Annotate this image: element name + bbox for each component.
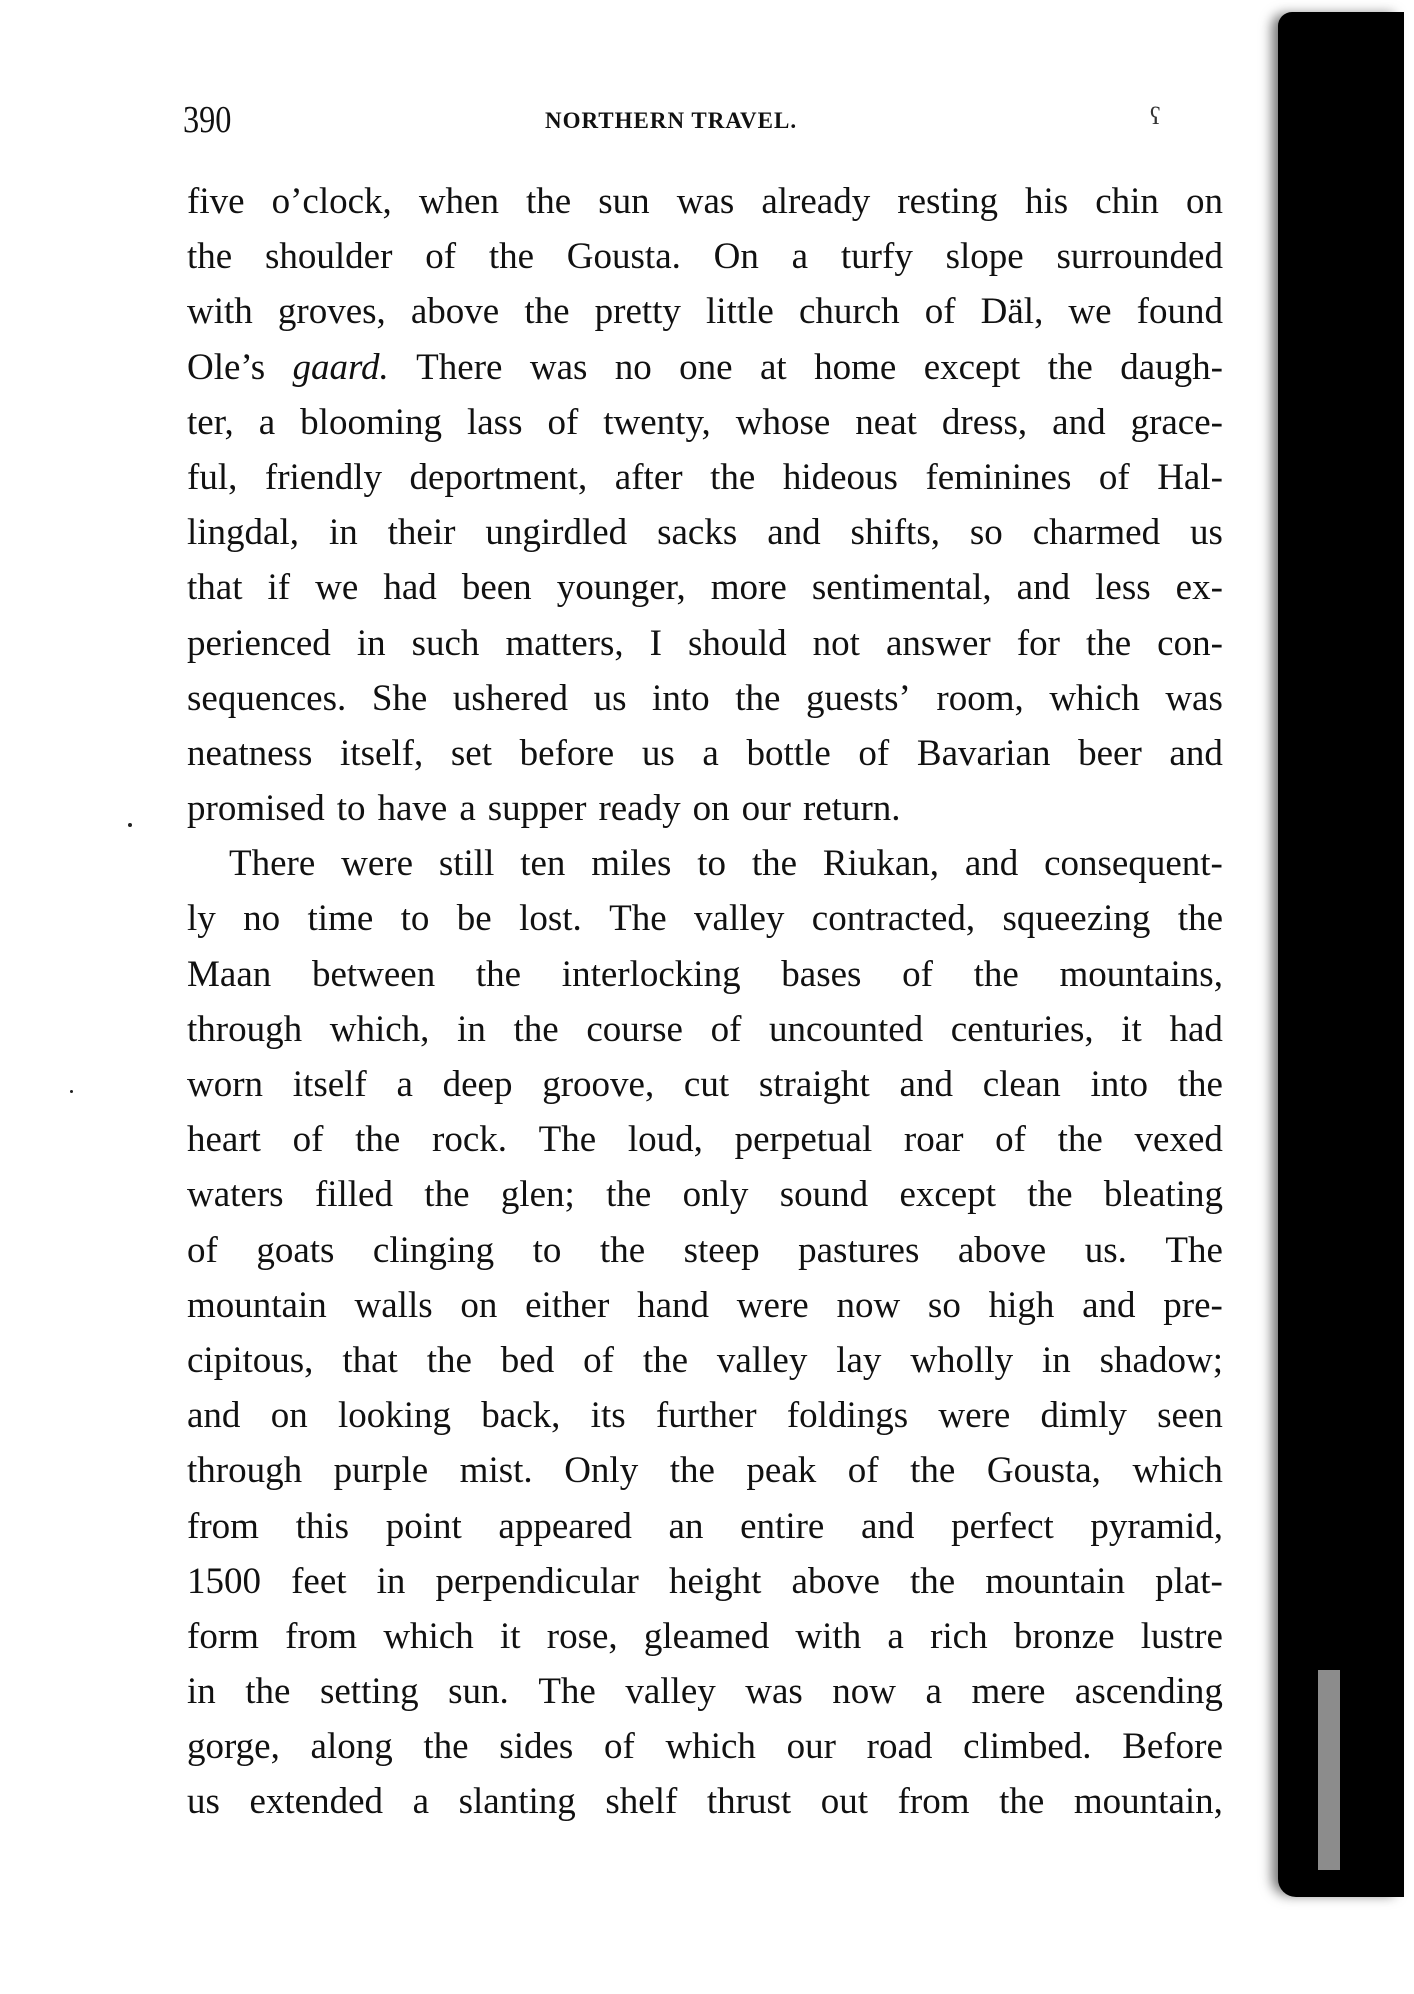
word: cipitous, [187, 1333, 313, 1388]
word: on [271, 1388, 308, 1443]
word: to [697, 836, 726, 891]
text-line: sequences.Sheusheredusintotheguests’room… [187, 671, 1223, 726]
word: was [1165, 671, 1223, 726]
word: On [714, 229, 759, 284]
word: had [1169, 1002, 1222, 1057]
word: perpetual [735, 1112, 873, 1167]
text-line: Maanbetweentheinterlockingbasesofthemoun… [187, 947, 1223, 1002]
word: There [416, 340, 502, 395]
word: vexed [1135, 1112, 1223, 1167]
word: a [926, 1664, 942, 1719]
margin-speck [70, 1090, 73, 1093]
word: the [526, 174, 571, 229]
word: squeezing [1002, 891, 1150, 946]
word: a [459, 781, 475, 836]
word: bases [781, 947, 861, 1002]
word: mountain [187, 1278, 327, 1333]
word: ready [598, 781, 680, 836]
text-line: Ole’sgaard.Therewasnooneathomeexceptthed… [187, 340, 1223, 395]
word: mountain [985, 1554, 1125, 1609]
word: further [656, 1388, 757, 1443]
word: feet [291, 1554, 346, 1609]
word: between [312, 947, 435, 1002]
word: if [268, 560, 291, 615]
word: steep [684, 1223, 760, 1278]
word: after [615, 450, 683, 505]
word: 1500 [187, 1554, 261, 1609]
word: was [745, 1664, 803, 1719]
word: us [1190, 505, 1223, 560]
word: sun. [448, 1664, 509, 1719]
word: should [688, 616, 787, 671]
word: us [642, 726, 675, 781]
word: grace- [1131, 395, 1223, 450]
word: this [296, 1499, 349, 1554]
word: a [413, 1774, 429, 1829]
word: charmed [1033, 505, 1160, 560]
word: the [187, 229, 232, 284]
word: sequences. [187, 671, 346, 726]
word: found [1137, 284, 1223, 339]
word: the [999, 1774, 1044, 1829]
word: either [525, 1278, 609, 1333]
text-line: thatifwehadbeenyounger,moresentimental,a… [187, 560, 1223, 615]
word: lustre [1141, 1609, 1223, 1664]
word: little [706, 284, 774, 339]
word: extended [249, 1774, 383, 1829]
word: above [958, 1223, 1046, 1278]
word: rock. [432, 1112, 507, 1167]
word: it [1121, 1002, 1142, 1057]
word: the [355, 1112, 400, 1167]
word: which [1132, 1443, 1222, 1498]
word: entire [740, 1499, 824, 1554]
word: foldings [787, 1388, 908, 1443]
word: height [669, 1554, 761, 1609]
word: pretty [595, 284, 681, 339]
word: return. [803, 781, 901, 836]
word: shelf [605, 1774, 677, 1829]
word: itself [293, 1057, 367, 1112]
word: which [383, 1609, 473, 1664]
word: valley [694, 891, 784, 946]
word: ful, [187, 450, 237, 505]
word: lass [467, 395, 523, 450]
word: sound [780, 1167, 868, 1222]
word: mist. [460, 1443, 533, 1498]
word: deportment, [410, 450, 588, 505]
word: pyramid, [1090, 1499, 1223, 1554]
word: lingdal, [187, 505, 299, 560]
word: the [710, 450, 755, 505]
word: its [591, 1388, 626, 1443]
word: turfy [841, 229, 913, 284]
word: not [813, 616, 860, 671]
word: ungirdled [485, 505, 627, 560]
word: pastures [798, 1223, 919, 1278]
word: consequent- [1044, 836, 1223, 891]
word: groves, [278, 284, 386, 339]
word: already [761, 174, 870, 229]
word: pre- [1163, 1278, 1223, 1333]
word: younger, [557, 560, 686, 615]
word: miles [591, 836, 671, 891]
word: the [514, 1002, 559, 1057]
word: dimly [1041, 1388, 1127, 1443]
word: and [1169, 726, 1222, 781]
text-line: ofgoatsclingingtothesteeppasturesaboveus… [187, 1223, 1223, 1278]
word: and [767, 505, 820, 560]
word: neatness [187, 726, 312, 781]
text-line: theshoulderoftheGousta.Onaturfyslopesurr… [187, 229, 1223, 284]
word: clean [983, 1057, 1061, 1112]
word: and [965, 836, 1018, 891]
word: slope [946, 229, 1024, 284]
word: five [187, 174, 245, 229]
word: sentimental, [812, 560, 992, 615]
word: There [229, 836, 315, 891]
word: shifts, [851, 505, 940, 560]
word: still [439, 836, 495, 891]
word: Bavarian [917, 726, 1051, 781]
scanned-page-edge-shadow [1278, 12, 1404, 1897]
word: ly [187, 891, 216, 946]
word: in [187, 1664, 216, 1719]
word: above [792, 1554, 880, 1609]
word: home [814, 340, 896, 395]
word: lost. [519, 891, 582, 946]
word: heart [187, 1112, 261, 1167]
text-line: wornitselfadeepgroove,cutstraightandclea… [187, 1057, 1223, 1112]
word: be [457, 891, 492, 946]
word: lay [836, 1333, 881, 1388]
word: whose [736, 395, 831, 450]
word: sun [598, 174, 649, 229]
word: was [530, 340, 588, 395]
running-title: NORTHERN TRAVEL. [545, 108, 797, 134]
word: the [735, 671, 780, 726]
word: that [187, 560, 242, 615]
word: and [900, 1057, 953, 1112]
word: been [462, 560, 532, 615]
word: through [187, 1002, 302, 1057]
text-line: lynotimetobelost.Thevalleycontracted,squ… [187, 891, 1223, 946]
word: glen; [501, 1167, 575, 1222]
word: the [524, 284, 569, 339]
word: a [887, 1609, 903, 1664]
word: centuries, [951, 1002, 1094, 1057]
word: of [902, 947, 933, 1002]
text-line: ful,friendlydeportment,afterthehideousfe… [187, 450, 1223, 505]
word: loud, [628, 1112, 703, 1167]
word: thrust [707, 1774, 791, 1829]
word: room, [936, 671, 1023, 726]
word: which, [330, 1002, 430, 1057]
word: the [423, 1719, 468, 1774]
word: now [832, 1664, 896, 1719]
word: the [1178, 1057, 1223, 1112]
word: bronze [1014, 1609, 1115, 1664]
word: which [666, 1719, 756, 1774]
word: resting [897, 174, 998, 229]
text-line: ter,abloominglassoftwenty,whoseneatdress… [187, 395, 1223, 450]
word: it [500, 1609, 521, 1664]
word: in [1042, 1333, 1071, 1388]
word: bottle [746, 726, 830, 781]
word: on [460, 1278, 497, 1333]
text-line: mountainwallsoneitherhandwerenowsohighan… [187, 1278, 1223, 1333]
text-line: cipitous,thatthebedofthevalleylaywhollyi… [187, 1333, 1223, 1388]
word: gorge, [187, 1719, 280, 1774]
word: itself, [340, 726, 423, 781]
word: us [187, 1774, 220, 1829]
word: through [187, 1443, 302, 1498]
word: no [243, 891, 280, 946]
word: answer [886, 616, 991, 671]
word: of [1099, 450, 1130, 505]
word: on [1186, 174, 1223, 229]
word: a [396, 1057, 412, 1112]
word: the [974, 947, 1019, 1002]
word: dress, [942, 395, 1027, 450]
word: of [604, 1719, 635, 1774]
word: with [187, 284, 253, 339]
word: groove, [542, 1057, 654, 1112]
word: point [386, 1499, 462, 1554]
text-line: watersfilledtheglen;theonlysoundexceptth… [187, 1167, 1223, 1222]
word: cut [684, 1057, 729, 1112]
word: hand [637, 1278, 709, 1333]
word: a [792, 229, 808, 284]
word: our [787, 1719, 836, 1774]
word: in [377, 1554, 406, 1609]
word: the [424, 1167, 469, 1222]
word: a [702, 726, 718, 781]
word: Only [564, 1443, 638, 1498]
word: I [650, 616, 662, 671]
word: that [342, 1333, 397, 1388]
word: have [377, 781, 447, 836]
page-edge-streak [1318, 1670, 1340, 1870]
word: seen [1157, 1388, 1223, 1443]
word: the [1048, 340, 1093, 395]
word: at [760, 340, 787, 395]
word: the [910, 1443, 955, 1498]
word: con- [1157, 616, 1223, 671]
word: looking [338, 1388, 451, 1443]
word: above [411, 284, 499, 339]
word: so [928, 1278, 961, 1333]
word: their [388, 505, 456, 560]
word: of [995, 1112, 1026, 1167]
word: the [427, 1333, 472, 1388]
word: neat [855, 395, 917, 450]
word: the [1027, 1167, 1072, 1222]
word: the [910, 1554, 955, 1609]
text-line: TherewerestilltenmilestotheRiukan,andcon… [187, 836, 1223, 891]
word: we [315, 560, 358, 615]
text-line: inthesettingsun.Thevalleywasnowamereasce… [187, 1664, 1223, 1719]
word: of [848, 1443, 879, 1498]
word: mere [971, 1664, 1045, 1719]
word: us [594, 671, 627, 726]
word: She [372, 671, 428, 726]
word: The [1165, 1223, 1223, 1278]
word: on [693, 781, 730, 836]
word: were [737, 1278, 809, 1333]
word: surrounded [1057, 229, 1223, 284]
word: shadow; [1100, 1333, 1223, 1388]
word: climbed. [963, 1719, 1091, 1774]
text-line: 1500feetinperpendicularheightabovethemou… [187, 1554, 1223, 1609]
word: the [1058, 1112, 1103, 1167]
word: The [609, 891, 667, 946]
word: supper [488, 781, 587, 836]
word: ex- [1176, 560, 1223, 615]
word: purple [334, 1443, 429, 1498]
word: clinging [373, 1223, 494, 1278]
word: guests’ [806, 671, 911, 726]
word: to [401, 891, 430, 946]
word: except [924, 340, 1021, 395]
word: Hal- [1157, 450, 1223, 505]
word: deep [443, 1057, 513, 1112]
word: of [858, 726, 889, 781]
word: Däl, [981, 284, 1044, 339]
word: in [357, 616, 386, 671]
text-line: gorge,alongthesidesofwhichourroadclimbed… [187, 1719, 1223, 1774]
word: more [711, 560, 787, 615]
word: for [1017, 616, 1060, 671]
word: mountain, [1074, 1774, 1223, 1829]
word: less [1095, 560, 1151, 615]
word: we [1068, 284, 1111, 339]
word: out [821, 1774, 868, 1829]
italic-word: gaard. [293, 340, 389, 395]
word: walls [355, 1278, 433, 1333]
word: us. [1085, 1223, 1127, 1278]
word: ter, [187, 395, 234, 450]
word: twenty, [603, 395, 711, 450]
word: in [457, 1002, 486, 1057]
body-text: fiveo’clock,whenthesunwasalreadyrestingh… [187, 174, 1223, 1830]
word: form [187, 1609, 259, 1664]
word: contracted, [812, 891, 975, 946]
word: Riukan, [823, 836, 939, 891]
word: The [538, 1664, 596, 1719]
word: Maan [187, 947, 271, 1002]
word: and [187, 1388, 240, 1443]
word: wholly [910, 1333, 1013, 1388]
word: were [341, 836, 413, 891]
word: of [187, 1223, 218, 1278]
word: were [938, 1388, 1010, 1443]
word: perienced [187, 616, 331, 671]
word: mountains, [1060, 947, 1223, 1002]
word: plat- [1155, 1554, 1223, 1609]
word: bed [501, 1333, 554, 1388]
word: valley [625, 1664, 715, 1719]
word: into [1090, 1057, 1148, 1112]
text-line: fiveo’clock,whenthesunwasalreadyrestingh… [187, 174, 1223, 229]
margin-mark: ʕ [1150, 104, 1161, 131]
text-line: heartoftherock.Theloud,perpetualroarofth… [187, 1112, 1223, 1167]
word: such [412, 616, 480, 671]
word: of [711, 1002, 742, 1057]
word: from [898, 1774, 970, 1829]
word: feminines [925, 450, 1071, 505]
word: ushered [453, 671, 568, 726]
margin-speck [128, 823, 132, 827]
word: ascending [1075, 1664, 1223, 1719]
word: promised [187, 781, 325, 836]
word: slanting [459, 1774, 576, 1829]
word: the [670, 1443, 715, 1498]
word: ten [520, 836, 565, 891]
word: of [925, 284, 956, 339]
word: the [643, 1333, 688, 1388]
word: high [989, 1278, 1055, 1333]
word: of [547, 395, 578, 450]
word: setting [320, 1664, 419, 1719]
word: with [795, 1609, 861, 1664]
word: worn [187, 1057, 263, 1112]
word: chin [1095, 174, 1159, 229]
word: into [652, 671, 710, 726]
word: of [425, 229, 456, 284]
word: so [970, 505, 1003, 560]
page-number: 390 [183, 98, 231, 142]
word: to [533, 1223, 562, 1278]
word: waters [187, 1167, 284, 1222]
word: now [836, 1278, 900, 1333]
word: straight [759, 1057, 870, 1112]
word: gleamed [644, 1609, 769, 1664]
word: Before [1122, 1719, 1223, 1774]
word: road [867, 1719, 933, 1774]
word: roar [904, 1112, 964, 1167]
text-line: throughwhich,inthecourseofuncountedcentu… [187, 1002, 1223, 1057]
word: Ole’s [187, 340, 265, 395]
word: the [1178, 891, 1223, 946]
word: was [677, 174, 735, 229]
book-page: 390 NORTHERN TRAVEL. ʕ fiveo’clock,whent… [0, 0, 1414, 1994]
word: hideous [783, 450, 898, 505]
word: in [329, 505, 358, 560]
word: a [259, 395, 275, 450]
word: the [489, 229, 534, 284]
word: only [683, 1167, 749, 1222]
word: an [669, 1499, 704, 1554]
word: Gousta, [987, 1443, 1101, 1498]
word: matters, [505, 616, 623, 671]
word: and [861, 1499, 914, 1554]
word: the [606, 1167, 651, 1222]
text-line: formfromwhichitrose,gleamedwitharichbron… [187, 1609, 1223, 1664]
word: from [187, 1499, 259, 1554]
word: beer [1078, 726, 1142, 781]
word: rich [930, 1609, 988, 1664]
text-line: fromthispointappearedanentireandperfectp… [187, 1499, 1223, 1554]
word: and [1052, 395, 1105, 450]
word: when [419, 174, 499, 229]
word: course [586, 1002, 683, 1057]
word: shoulder [265, 229, 392, 284]
text-line: andonlookingback,itsfurtherfoldingswered… [187, 1388, 1223, 1443]
word: the [245, 1664, 290, 1719]
word: before [520, 726, 615, 781]
word: goats [256, 1223, 334, 1278]
